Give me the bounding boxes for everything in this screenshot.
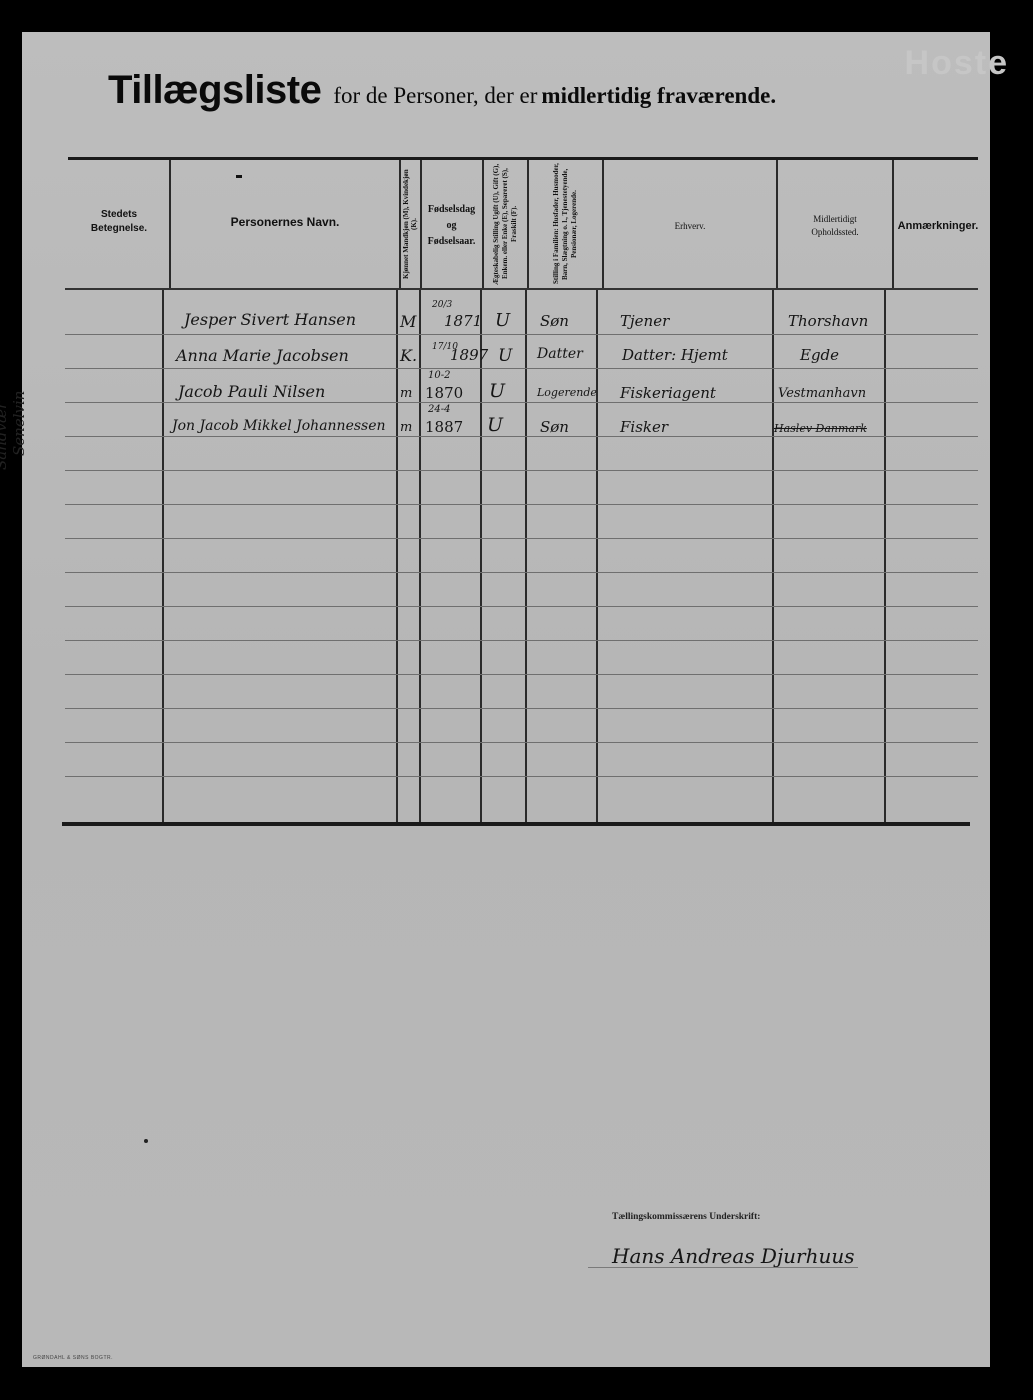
printer-mark: GRØNDAHL & SØNS BOGTR. [33,1355,113,1361]
row-rule [65,504,978,505]
cell-marital: U [495,310,510,331]
cell-birth-year: 1871 [444,312,482,330]
cell-occupation: Tjener [620,312,669,330]
cell-family-role: Datter [537,346,583,362]
header-occupation: Erhverv. [604,216,776,236]
row-rule [65,368,978,369]
row-rule [65,334,978,335]
cell-occupation: Fisker [620,418,668,436]
cell-birth-year: 1887 [425,418,463,436]
title-main: Tillægsliste [108,68,321,112]
row-rule [65,640,978,641]
cell-name: Anna Marie Jacobsen [176,346,349,365]
header-name: Personernes Navn. [172,210,398,234]
header-place: Stedets Betegnelse. [70,200,168,244]
bleed-through-stamp: Hoste [905,44,1009,83]
cell-name: Jesper Sivert Hansen [184,310,356,329]
cell-birth-day: 20/3 [432,300,452,310]
cell-family-role: Logerende [537,386,597,399]
table-top-rule [68,157,978,160]
header-bottom-rule [65,288,978,290]
cell-sex: m [400,420,412,435]
cell-sex: m [400,386,412,401]
cell-occupation: Fiskeriagent [620,384,716,402]
cell-sex: M [400,312,416,331]
row-rule [65,742,978,743]
header-sex: Kjønnet Mandkjøn (M), Kvindekjøn (K). [401,164,419,284]
row-rule [65,572,978,573]
row-rule [65,470,978,471]
cell-temp-residence: Thorshavn [788,312,868,330]
row-rule [65,674,978,675]
cell-temp-residence: Egde [800,346,839,364]
cell-marital: U [489,380,505,402]
title-sub: for de Personer, der er [333,83,537,108]
cell-marital: U [498,346,512,366]
cell-temp-residence: Haslev Danmark [774,422,867,435]
header-temp-residence: Midlertidigt Opholdssted. [778,210,892,242]
table-bottom-rule [62,822,970,826]
row-rule [65,606,978,607]
cell-family-role: Søn [540,312,569,330]
form-title: Tillægsliste for de Personer, der er mid… [108,68,776,113]
place-entry: Sandvær Senelvin [0,391,28,470]
title-sub-bold: midlertidig fraværende. [541,83,776,108]
signature-label: Tællingskommissærens Underskrift: [612,1212,760,1222]
header-dash [236,175,242,178]
cell-name: Jon Jacob Mikkel Johannessen [172,418,386,434]
header-birth: Fødselsdag og Fødselsaar. [422,200,481,252]
cell-marital: U [487,414,503,436]
signature: Hans Andreas Djurhuus [612,1244,855,1268]
ink-dot [144,1139,148,1143]
row-rule [65,436,978,437]
row-rule [65,402,978,403]
cell-sex: K. [400,346,417,365]
cell-temp-residence: Vestmanhavn [778,386,866,401]
header-family-role: Stilling i Familien: Husfader, Husmoder,… [529,162,601,286]
cell-birth-day: 24-4 [428,404,450,415]
cell-birth-year: 1870 [425,384,463,402]
cell-name: Jacob Pauli Nilsen [178,382,325,401]
cell-occupation: Datter: Hjemt [622,346,728,364]
cell-birth-day: 10-2 [428,370,450,381]
header-marital: Ægteskabelig Stilling Ugift (U), Gift (G… [484,162,526,286]
row-rule [65,708,978,709]
signature-line [588,1267,858,1268]
row-rule [65,538,978,539]
row-rule [65,776,978,777]
header-remarks: Anmærkninger. [893,216,983,236]
col-divider [169,160,171,288]
cell-family-role: Søn [540,418,569,436]
cell-birth-year: 1897 [450,346,488,364]
